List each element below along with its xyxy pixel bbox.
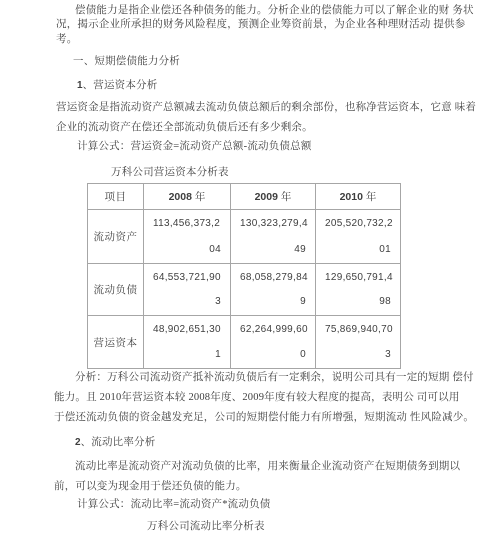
cell-working-capital-2009: 62,264,999,600 [231,316,316,369]
analysis-line-3: 于偿还流动负债的资金越发充足，公司的短期偿付能力有所增强，短期流动 性风险减少。 [54,411,474,425]
cell-value-line2: 9 [300,296,306,307]
document-page: 偿债能力是指企业偿还各种债务的能力。分析企业的偿债能力可以了解企业的财 务状 况… [0,0,500,552]
cell-current-liabilities-2009: 68,058,279,849 [231,264,316,316]
header-2010-unit: 年 [366,192,377,203]
table-header-row: 项目 2008年 2009年 2010年 [88,184,401,210]
cell-value-line2: 01 [379,244,391,255]
cell-value-line1: 75,869,940,70 [325,324,393,335]
cell-working-capital-2010: 75,869,940,703 [316,316,401,369]
cell-value-line2: 3 [385,349,391,360]
cell-current-assets-2008: 113,456,373,204 [144,210,231,264]
cell-current-liabilities-2008: 64,553,721,903 [144,264,231,316]
cell-value-line1: 129,650,791,4 [325,272,393,283]
cell-value-line1: 64,553,721,90 [153,272,221,283]
heading-current-ratio-text: 、流动比率分析 [81,437,156,448]
analysis-line-1: 分析：万科公司流动资产抵补流动负债后有一定剩余，说明公司具有一定的短期 偿付 [75,371,474,385]
cell-current-assets-2009: 130,323,279,449 [231,210,316,264]
current-ratio-def-line-2: 前，可以变为现金用于偿还负债的能力。 [54,480,247,494]
working-capital-def-line-1: 营运资金是指流动资产总额减去流动负债总额后的剩余部份，也称净营运资本，它意 味着 [56,101,476,115]
heading-working-capital: 1、营运资本分析 [77,79,157,93]
working-capital-table: 项目 2008年 2009年 2010年 流动资产 113,456,373,20… [87,183,401,369]
row-label-working-capital: 营运资本 [88,316,144,369]
cell-value-line1: 205,520,732,2 [325,218,393,229]
cell-value-line1: 130,323,279,4 [240,218,308,229]
cell-working-capital-2008: 48,902,651,301 [144,316,231,369]
section-heading-short-term: 一、短期偿债能力分析 [73,55,180,69]
intro-line-2: 况，揭示企业所承担的财务风险程度，预测企业筹资前景，为企业各种理财活动 提供参 [56,18,465,32]
cell-value-line2: 49 [294,244,306,255]
cell-current-assets-2010: 205,520,732,201 [316,210,401,264]
table1-title: 万科公司营运资本分析表 [111,166,229,180]
header-2008-number: 2008 [169,191,192,203]
cell-value-line1: 48,902,651,30 [153,324,221,335]
table-row-current-liabilities: 流动负债 64,553,721,903 68,058,279,849 129,6… [88,264,401,316]
analysis-line-2: 能力。且 2010年营运资本较 2008年度、2009年度有较大程度的提高，表明… [54,391,460,405]
row-label-current-assets: 流动资产 [88,210,144,264]
table-row-working-capital: 营运资本 48,902,651,301 62,264,999,600 75,86… [88,316,401,369]
cell-value-line2: 0 [300,349,306,360]
header-2010-number: 2010 [340,191,363,203]
cell-value-line2: 04 [209,244,221,255]
formula-current-ratio: 计算公式：流动比率=流动资产*流动负债 [77,498,270,512]
cell-value-line1: 62,264,999,60 [240,324,308,335]
table-row-current-assets: 流动资产 113,456,373,204 130,323,279,449 205… [88,210,401,264]
header-2009: 2009年 [231,184,316,210]
working-capital-def-line-2: 企业的流动资产在偿还全部流动负债后还有多少剩余。 [56,121,313,135]
header-2009-number: 2009 [255,191,278,203]
header-2010: 2010年 [316,184,401,210]
cell-current-liabilities-2010: 129,650,791,498 [316,264,401,316]
cell-value-line2: 1 [215,349,221,360]
row-label-current-liabilities: 流动负债 [88,264,144,316]
cell-value-line1: 68,058,279,84 [240,272,308,283]
table2-title: 万科公司流动比率分析表 [147,520,265,534]
header-2008: 2008年 [144,184,231,210]
header-item: 项目 [88,184,144,210]
current-ratio-def-line-1: 流动比率是流动资产对流动负债的比率，用来衡量企业流动资产在短期债务到期以 [75,460,460,474]
cell-value-line1: 113,456,373,2 [153,218,220,229]
header-2008-unit: 年 [195,192,206,203]
heading-working-capital-text: 、营运资本分析 [83,80,158,91]
intro-line-3: 考。 [56,33,77,47]
formula-working-capital: 计算公式：营运资金=流动资产总额-流动负债总额 [77,140,312,154]
header-2009-unit: 年 [281,192,292,203]
intro-line-1: 偿债能力是指企业偿还各种债务的能力。分析企业的偿债能力可以了解企业的财 务状 [75,4,474,18]
cell-value-line2: 98 [379,296,391,307]
cell-value-line2: 3 [215,296,221,307]
heading-current-ratio: 2、流动比率分析 [75,436,155,450]
